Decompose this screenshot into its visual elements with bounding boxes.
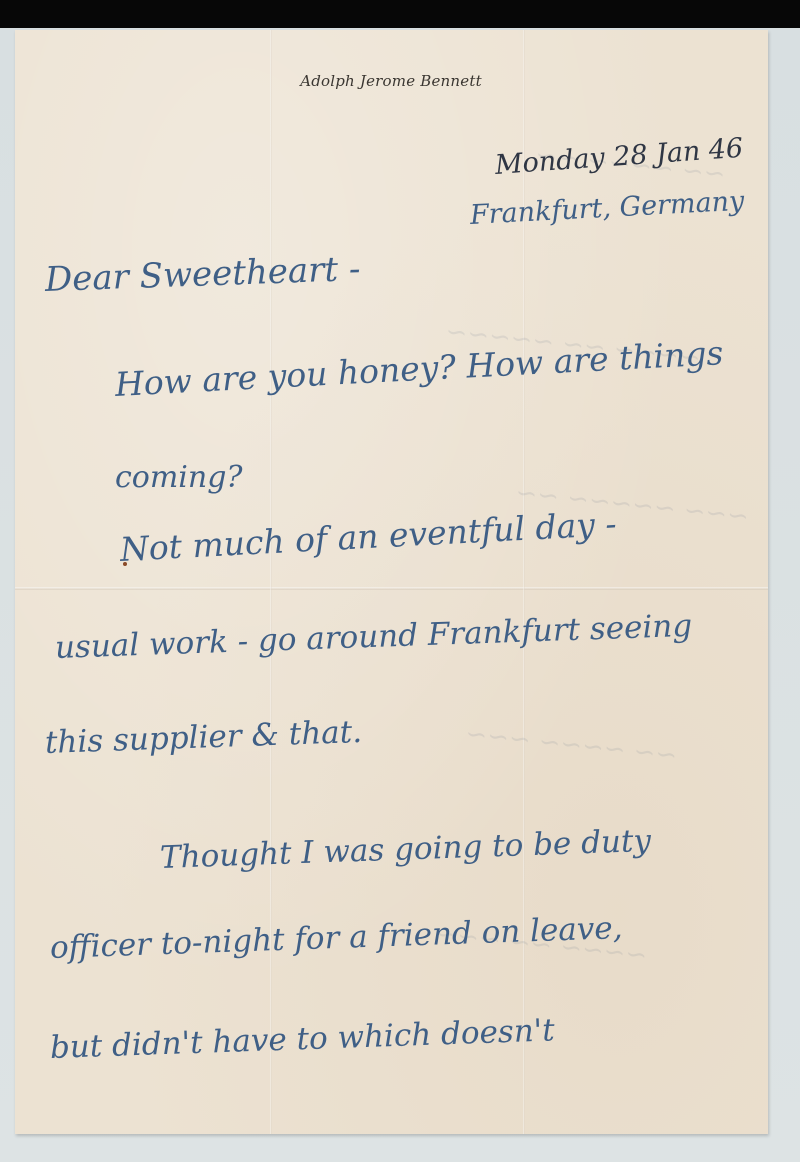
body-line: coming? — [115, 460, 243, 495]
horizontal-fold-crease — [15, 587, 768, 590]
letterhead-name: Adolph Jerome Bennett — [0, 72, 782, 90]
reverse-side-bleedthrough: ~~ ~~~~ ~~~ — [464, 719, 679, 771]
vertical-fold-crease-left — [270, 30, 272, 1134]
scanner-top-edge — [0, 0, 800, 28]
vertical-fold-crease-right — [523, 30, 525, 1134]
